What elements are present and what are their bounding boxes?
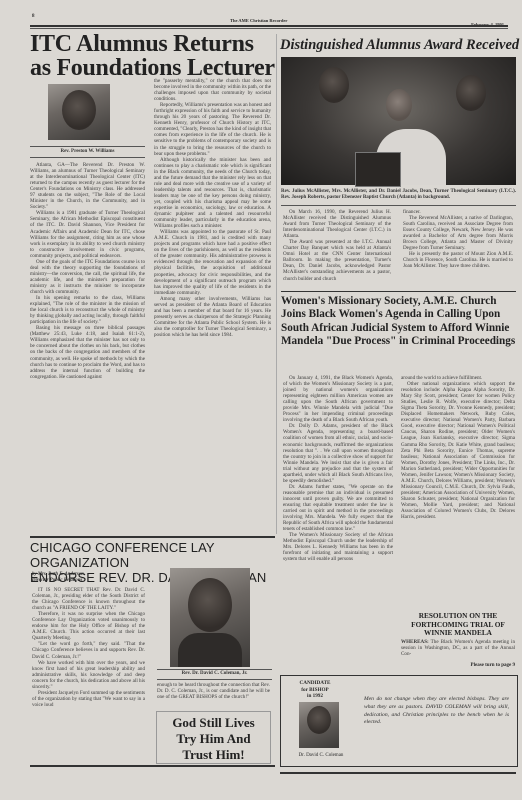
- preston-williams-photo: [48, 84, 110, 140]
- paragraph: Other national organizations which suppo…: [401, 381, 515, 520]
- womens-article-column-1: On January 4, 1991, the Black Women's Ag…: [283, 375, 393, 670]
- paragraph: enough to be heard throughout the connec…: [157, 682, 270, 700]
- paragraph: the "passerby mentality," or the church …: [154, 78, 271, 102]
- paragraph: Reportedly, Williams's presentation was …: [154, 102, 271, 156]
- itc-article-column-1: Atlanta, GA—The Reverend Dr. Preston W. …: [30, 162, 145, 532]
- chicago-article-column-2: enough to be heard throughout the connec…: [157, 682, 270, 700]
- box-line: Trust Him!: [157, 747, 270, 763]
- box-line: God Still Lives: [157, 715, 270, 731]
- womens-missionary-headline: Women's Missionary Society, A.M.E. Churc…: [281, 295, 519, 349]
- bottom-rule: [280, 772, 516, 774]
- section-rule: [30, 536, 275, 538]
- womens-article-column-2: around the world to achieve fulfillment.…: [401, 375, 515, 607]
- god-still-lives-box: God Still Lives Try Him And Trust Him!: [156, 711, 271, 764]
- paragraph: Williams was appointed to the pastorate …: [154, 229, 271, 296]
- newspaper-page: 8 The AME Christian Recorder February 4,…: [0, 0, 522, 800]
- paragraph: The Reverend McAllister, a native of Dar…: [403, 215, 513, 251]
- caption-rule: [30, 146, 145, 147]
- heading-line: in 1992: [291, 693, 339, 700]
- paragraph: President Jacquelyn Ford summed up the s…: [32, 690, 145, 708]
- paragraph: The Women's Missionary Society of the Af…: [283, 532, 393, 562]
- candidate-name: Dr. David C. Coleman: [289, 753, 353, 758]
- paragraph: Therefore, it was no surprise when the C…: [32, 611, 145, 641]
- award-article-column-2: financer. The Reverend McAllister, a nat…: [403, 209, 513, 287]
- candidate-heading: CANDIDATE for BISHOP in 1992: [291, 680, 339, 700]
- bottom-rule: [30, 765, 275, 767]
- candidate-quote: Men do not change when they are elected …: [364, 696, 509, 727]
- byline: by Mrs. Ruth E. Anderson Director Public…: [32, 572, 142, 584]
- paragraph: He is presently the pastor of Mount Zion…: [403, 251, 513, 269]
- paragraph: On March 16, 1990, the Reverend Julius H…: [283, 209, 391, 239]
- byline-title: Director Public Relations: [32, 578, 142, 584]
- section-rule: [281, 291, 516, 292]
- award-article-column-1: On March 16, 1990, the Reverend Julius H…: [283, 209, 391, 287]
- itc-article-column-2: the "passerby mentality," or the church …: [154, 78, 271, 534]
- page-number: 8: [32, 14, 35, 19]
- column-divider: [276, 34, 277, 534]
- paragraph: Williams is a 1981 graduate of Turner Th…: [30, 210, 145, 258]
- award-photo-caption: Rev. Julius McAllister, Mrs. McAllister,…: [281, 189, 516, 201]
- paragraph: Dr. Adams further states, "We operate on…: [283, 484, 393, 532]
- paragraph: "Let the word go forth," they said. "Tha…: [32, 641, 145, 659]
- paragraph: Although historically the minister has b…: [154, 157, 271, 230]
- award-photo: [281, 57, 516, 185]
- paragraph: Among many other involvements, Williams …: [154, 296, 271, 338]
- paragraph: In his opening remarks to the class, Wil…: [30, 295, 145, 325]
- itc-headline: ITC Alumnus Returns as Foundations Lectu…: [30, 32, 275, 80]
- candidate-photo: [299, 702, 339, 748]
- masthead-rule: [30, 25, 508, 27]
- caption-rule: [281, 205, 516, 206]
- whereas-clause: WHEREAS: The Black Women's Agenda meetin…: [401, 639, 515, 657]
- paragraph: Dr. Dolly D. Adams, president of the Bla…: [283, 423, 393, 483]
- paragraph: IT IS NO SECRET THAT Rev. Dr. David C. C…: [32, 587, 145, 611]
- continuation-link[interactable]: Please turn to page 9: [401, 663, 515, 668]
- paragraph: Atlanta, GA—The Reverend Dr. Preston W. …: [30, 162, 145, 210]
- david-coleman-caption: Rev. Dr. David C. Coleman, Jr.: [157, 671, 272, 677]
- caption-rule: [157, 679, 272, 680]
- caption-rule: [157, 669, 272, 670]
- box-text: God Still Lives Try Him And Trust Him!: [157, 715, 270, 763]
- masthead-rule-thin: [30, 28, 508, 29]
- resolution-heading: RESOLUTION ON THE FORTHCOMING TRIAL OF W…: [401, 612, 515, 638]
- candidate-for-bishop-box: CANDIDATE for BISHOP in 1992 Dr. David C…: [280, 675, 518, 767]
- paragraph: The Award was presented at the I.T.C. An…: [283, 239, 391, 281]
- box-line: Try Him And: [157, 731, 270, 747]
- publication-name: The AME Christian Recorder: [230, 18, 287, 23]
- headline-line-1: CHICAGO CONFERENCE LAY ORGANIZATION: [30, 540, 275, 570]
- paragraph: Basing his message on three biblical pas…: [30, 325, 145, 379]
- preston-williams-caption: Rev. Preston W. Williams: [30, 149, 145, 155]
- paragraph: One of the goals of the ITC Foundations …: [30, 259, 145, 295]
- caption-rule: [30, 157, 145, 158]
- paragraph: On January 4, 1991, the Black Women's Ag…: [283, 375, 393, 423]
- david-coleman-photo: [170, 568, 250, 667]
- award-plaque: [355, 152, 401, 187]
- paragraph: We have worked with him over the years, …: [32, 660, 145, 690]
- award-headline: Distinguished Alumnus Award Received: [280, 37, 518, 53]
- chicago-article-column-1: IT IS NO SECRET THAT Rev. Dr. David C. C…: [32, 587, 145, 747]
